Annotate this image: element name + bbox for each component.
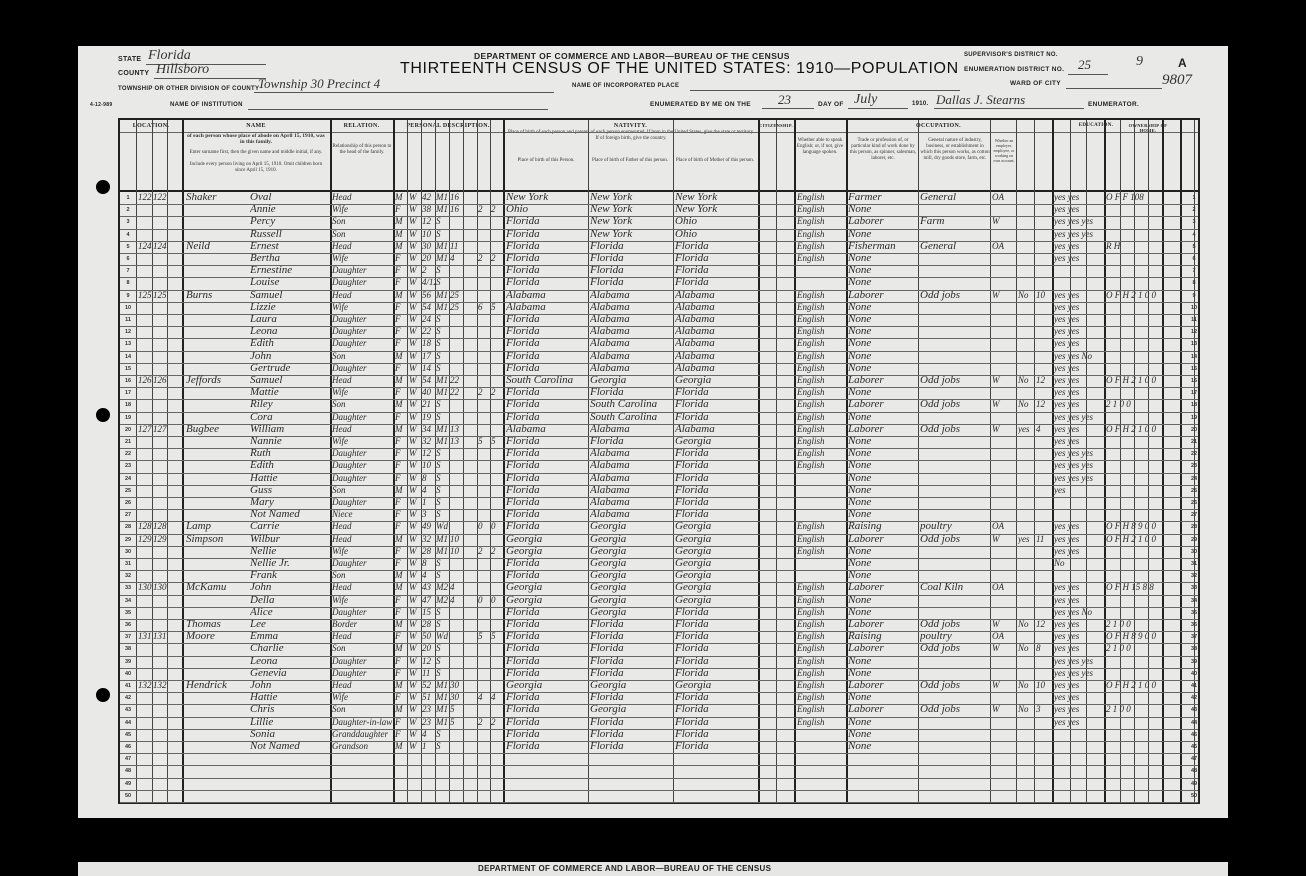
birthplace-mother: Florida bbox=[675, 642, 757, 655]
age: 28 bbox=[422, 618, 436, 631]
birthplace-mother: Florida bbox=[675, 740, 757, 753]
unemployed: No bbox=[1018, 398, 1034, 411]
sex: F bbox=[395, 337, 407, 350]
race: W bbox=[409, 472, 421, 485]
given-name: Emma bbox=[250, 630, 328, 643]
ward-label: Ward of City bbox=[1010, 80, 1061, 87]
children-living: 4 bbox=[491, 691, 503, 704]
given-name: Ernest bbox=[250, 240, 328, 253]
census-table: LOCATION. NAME of each person whose plac… bbox=[118, 118, 1200, 804]
age: 11 bbox=[422, 667, 436, 680]
employer-class: OA bbox=[992, 520, 1016, 533]
birthplace-father: Alabama bbox=[590, 459, 672, 472]
race: W bbox=[409, 374, 421, 387]
birthplace-person: Florida bbox=[506, 411, 588, 424]
trade: None bbox=[848, 459, 918, 472]
sex: M bbox=[395, 581, 407, 594]
relationship: Daughter bbox=[332, 472, 392, 485]
given-name: Nellie Jr. bbox=[250, 557, 328, 570]
row-number: 8 bbox=[122, 280, 134, 286]
row-number-right: 44 bbox=[1188, 720, 1200, 726]
marital-status: S bbox=[436, 618, 450, 631]
language-header: Whether able to speak English; or, if no… bbox=[796, 138, 844, 156]
education: No bbox=[1054, 557, 1104, 570]
enumerator-name: Dallas J. Stearns bbox=[936, 92, 1025, 108]
relationship: Border bbox=[332, 618, 392, 631]
education: yes yes bbox=[1054, 716, 1104, 729]
census-sheet: State Florida County Hillsboro Township … bbox=[78, 46, 1228, 818]
birthplace-mother: Georgia bbox=[675, 569, 757, 582]
years-married: 25 bbox=[450, 289, 463, 302]
education: yes yes bbox=[1054, 533, 1104, 546]
relationship: Head bbox=[332, 374, 392, 387]
children-born: 5 bbox=[478, 435, 490, 448]
children-born: 2 bbox=[478, 545, 490, 558]
marital-status: S bbox=[436, 398, 450, 411]
given-name: Guss bbox=[250, 484, 328, 497]
education: yes yes bbox=[1054, 594, 1104, 607]
binder-hole bbox=[96, 408, 110, 422]
birthplace-mother: Florida bbox=[675, 716, 757, 729]
years-married: 4 bbox=[450, 581, 463, 594]
trade: None bbox=[848, 594, 918, 607]
relationship: Head bbox=[332, 423, 392, 436]
relationship: Daughter bbox=[332, 362, 392, 375]
race: W bbox=[409, 435, 421, 448]
age: 21 bbox=[422, 398, 436, 411]
language: English bbox=[797, 447, 845, 460]
language: English bbox=[797, 301, 845, 314]
birthplace-person: Florida bbox=[506, 496, 588, 509]
sex: M bbox=[395, 191, 407, 204]
next-sheet-department: DEPARTMENT OF COMMERCE AND LABOR—BUREAU … bbox=[478, 864, 771, 873]
unemployed: No bbox=[1018, 289, 1034, 302]
race: W bbox=[409, 228, 421, 241]
birthplace-person: Florida bbox=[506, 313, 588, 326]
occupation-heading: OCCUPATION. bbox=[846, 123, 1031, 129]
trade: Laborer bbox=[848, 581, 918, 594]
enumerated-day: 23 bbox=[778, 92, 791, 108]
age: 12 bbox=[422, 447, 436, 460]
trade: Laborer bbox=[848, 533, 918, 546]
day-of-label: day of bbox=[818, 101, 844, 108]
birthplace-person: Florida bbox=[506, 655, 588, 668]
marital-status: S bbox=[436, 362, 450, 375]
age: 8 bbox=[422, 557, 436, 570]
birthplace-person: Georgia bbox=[506, 545, 588, 558]
row-number: 12 bbox=[122, 329, 134, 335]
employer-class: W bbox=[992, 679, 1016, 692]
race: W bbox=[409, 411, 421, 424]
birthplace-mother: Alabama bbox=[675, 337, 757, 350]
relationship: Wife bbox=[332, 301, 392, 314]
row-number: 9 bbox=[122, 293, 134, 299]
weeks-unemployed: 10 bbox=[1036, 289, 1052, 302]
birthplace-mother: Florida bbox=[675, 496, 757, 509]
age: 12 bbox=[422, 215, 436, 228]
birthplace-mother: Alabama bbox=[675, 325, 757, 338]
race: W bbox=[409, 642, 421, 655]
row-number-right: 37 bbox=[1188, 634, 1200, 640]
birthplace-mother: Alabama bbox=[675, 423, 757, 436]
employer-class: OA bbox=[992, 191, 1016, 204]
marital-status: S bbox=[436, 337, 450, 350]
age: 1 bbox=[422, 496, 436, 509]
industry: Coal Kiln bbox=[920, 581, 990, 594]
birthplace-father: Georgia bbox=[590, 679, 672, 692]
marital-status: S bbox=[436, 667, 450, 680]
relationship: Wife bbox=[332, 203, 392, 216]
row-number-right: 2 bbox=[1188, 207, 1200, 213]
race: W bbox=[409, 191, 421, 204]
given-name: Not Named bbox=[250, 740, 328, 753]
relationship: Daughter bbox=[332, 313, 392, 326]
race: W bbox=[409, 703, 421, 716]
employer-class: OA bbox=[992, 581, 1016, 594]
dwelling-number: 127 bbox=[138, 423, 152, 436]
row-number-right: 36 bbox=[1188, 622, 1200, 628]
given-name: Nellie bbox=[250, 545, 328, 558]
birthplace-father: Florida bbox=[590, 691, 672, 704]
age: 12 bbox=[422, 655, 436, 668]
marital-status: M2 bbox=[436, 581, 450, 594]
marital-status: S bbox=[436, 569, 450, 582]
sex: F bbox=[395, 545, 407, 558]
race: W bbox=[409, 667, 421, 680]
birthplace-father: Florida bbox=[590, 240, 672, 253]
row-number: 18 bbox=[122, 402, 134, 408]
trade: None bbox=[848, 313, 918, 326]
sex: M bbox=[395, 740, 407, 753]
education: yes yes bbox=[1054, 398, 1104, 411]
birthplace-person: Florida bbox=[506, 240, 588, 253]
row-number-right: 9 bbox=[1188, 293, 1200, 299]
race: W bbox=[409, 301, 421, 314]
education: yes yes bbox=[1054, 362, 1104, 375]
trade: None bbox=[848, 496, 918, 509]
industry-header: General nature of industry, business, or… bbox=[920, 138, 990, 162]
race: W bbox=[409, 606, 421, 619]
age: 17 bbox=[422, 350, 436, 363]
relationship: Son bbox=[332, 569, 392, 582]
birthplace-mother: Ohio bbox=[675, 215, 757, 228]
birthplace-person: Florida bbox=[506, 337, 588, 350]
trade: None bbox=[848, 447, 918, 460]
children-living: 0 bbox=[491, 594, 503, 607]
home-ownership: 2 1 0 0 bbox=[1106, 703, 1180, 716]
sex: M bbox=[395, 374, 407, 387]
ed-label: Enumeration District No. bbox=[964, 66, 1064, 73]
relationship: Wife bbox=[332, 545, 392, 558]
birthplace-mother: Alabama bbox=[675, 350, 757, 363]
age: 47 bbox=[422, 594, 436, 607]
row-number: 44 bbox=[122, 720, 134, 726]
language: English bbox=[797, 228, 845, 241]
education: yes yes bbox=[1054, 423, 1104, 436]
employer-class: W bbox=[992, 642, 1016, 655]
birthplace-mother: Alabama bbox=[675, 313, 757, 326]
birthplace-father: New York bbox=[590, 228, 672, 241]
sex: M bbox=[395, 569, 407, 582]
children-living: 5 bbox=[491, 435, 503, 448]
relationship: Son bbox=[332, 215, 392, 228]
row-number-right: 39 bbox=[1188, 659, 1200, 665]
row-number: 41 bbox=[122, 683, 134, 689]
trade: None bbox=[848, 264, 918, 277]
age: 18 bbox=[422, 337, 436, 350]
trade: None bbox=[848, 276, 918, 289]
employer-class: OA bbox=[992, 240, 1016, 253]
age: 15 bbox=[422, 606, 436, 619]
trade: None bbox=[848, 350, 918, 363]
row-number: 33 bbox=[122, 585, 134, 591]
name-note-2: Include every person living on April 15,… bbox=[186, 162, 326, 174]
birthplace-father: Alabama bbox=[590, 337, 672, 350]
row-number-right: 28 bbox=[1188, 524, 1200, 530]
education: yes yes No bbox=[1054, 350, 1104, 363]
trade: None bbox=[848, 252, 918, 265]
age: 52 bbox=[422, 679, 436, 692]
given-name: Leona bbox=[250, 655, 328, 668]
home-ownership: O F H 8 9 0 0 bbox=[1106, 630, 1180, 643]
row-number-right: 45 bbox=[1188, 732, 1200, 738]
given-name: Ernestine bbox=[250, 264, 328, 277]
weeks-unemployed: 4 bbox=[1036, 423, 1052, 436]
age: 42 bbox=[422, 191, 436, 204]
birthplace-father: Florida bbox=[590, 728, 672, 741]
age: 30 bbox=[422, 240, 436, 253]
language: English bbox=[797, 691, 845, 704]
years-married: 22 bbox=[450, 374, 463, 387]
ed-value: 25 bbox=[1078, 57, 1091, 73]
trade: None bbox=[848, 362, 918, 375]
trade: None bbox=[848, 667, 918, 680]
education: yes yes yes bbox=[1054, 215, 1104, 228]
row-number-right: 32 bbox=[1188, 573, 1200, 579]
education: yes yes bbox=[1054, 545, 1104, 558]
name-note-1: Enter surname first, then the given name… bbox=[186, 150, 326, 156]
relationship: Wife bbox=[332, 435, 392, 448]
language: English bbox=[797, 240, 845, 253]
birthplace-mother: Alabama bbox=[675, 301, 757, 314]
industry: Odd jobs bbox=[920, 533, 990, 546]
birthplace-person: Florida bbox=[506, 276, 588, 289]
language: English bbox=[797, 337, 845, 350]
birthplace-mother: Ohio bbox=[675, 228, 757, 241]
dwelling-number: 125 bbox=[138, 289, 152, 302]
family-number: 130 bbox=[153, 581, 167, 594]
relationship: Head bbox=[332, 520, 392, 533]
children-born: 5 bbox=[478, 630, 490, 643]
surname: Jeffords bbox=[186, 374, 256, 387]
race: W bbox=[409, 484, 421, 497]
race: W bbox=[409, 447, 421, 460]
relationship: Son bbox=[332, 350, 392, 363]
dwelling-number: 131 bbox=[138, 630, 152, 643]
language: English bbox=[797, 313, 845, 326]
race: W bbox=[409, 581, 421, 594]
row-number: 30 bbox=[122, 549, 134, 555]
birth-father-header: Place of birth of Father of this person. bbox=[590, 158, 670, 164]
birthplace-person: Georgia bbox=[506, 581, 588, 594]
given-name: Russell bbox=[250, 228, 328, 241]
birthplace-person: Ohio bbox=[506, 203, 588, 216]
sex: F bbox=[395, 252, 407, 265]
children-living: 2 bbox=[491, 716, 503, 729]
language: English bbox=[797, 545, 845, 558]
birthplace-mother: New York bbox=[675, 203, 757, 216]
years-married: 4 bbox=[450, 252, 463, 265]
birthplace-person: Florida bbox=[506, 484, 588, 497]
surname: Simpson bbox=[186, 533, 256, 546]
age: 51 bbox=[422, 691, 436, 704]
row-number: 11 bbox=[122, 317, 134, 323]
years-married: 13 bbox=[450, 423, 463, 436]
home-ownership: 2 1 0 0 bbox=[1106, 398, 1180, 411]
birthplace-father: Georgia bbox=[590, 594, 672, 607]
trade: None bbox=[848, 606, 918, 619]
age: 54 bbox=[422, 374, 436, 387]
home-ownership: O F H 2 1 0 0 bbox=[1106, 374, 1180, 387]
sex: F bbox=[395, 386, 407, 399]
row-number: 14 bbox=[122, 354, 134, 360]
age: 23 bbox=[422, 703, 436, 716]
relationship: Head bbox=[332, 240, 392, 253]
given-name: John bbox=[250, 350, 328, 363]
enumerated-month: July bbox=[854, 92, 877, 108]
row-number-right: 43 bbox=[1188, 707, 1200, 713]
employer-class: W bbox=[992, 618, 1016, 631]
trade: None bbox=[848, 411, 918, 424]
location-heading: LOCATION. bbox=[120, 123, 182, 129]
education: yes yes bbox=[1054, 191, 1104, 204]
years-married: 5 bbox=[450, 716, 463, 729]
relationship: Head bbox=[332, 581, 392, 594]
sex: F bbox=[395, 411, 407, 424]
birthplace-person: Florida bbox=[506, 386, 588, 399]
relationship: Daughter bbox=[332, 264, 392, 277]
language: English bbox=[797, 325, 845, 338]
birthplace-person: Florida bbox=[506, 215, 588, 228]
birthplace-mother: Florida bbox=[675, 606, 757, 619]
years-married: 4 bbox=[450, 594, 463, 607]
education: yes yes bbox=[1054, 691, 1104, 704]
birthplace-mother: New York bbox=[675, 191, 757, 204]
relationship: Daughter-in-law bbox=[332, 716, 392, 729]
birthplace-mother: Georgia bbox=[675, 557, 757, 570]
race: W bbox=[409, 203, 421, 216]
sex: F bbox=[395, 667, 407, 680]
education: yes yes bbox=[1054, 642, 1104, 655]
sex: F bbox=[395, 520, 407, 533]
birthplace-person: Florida bbox=[506, 325, 588, 338]
row-number: 28 bbox=[122, 524, 134, 530]
relationship: Head bbox=[332, 630, 392, 643]
years-married: 5 bbox=[450, 703, 463, 716]
industry: poultry bbox=[920, 630, 990, 643]
birthplace-mother: Florida bbox=[675, 484, 757, 497]
birthplace-father: Georgia bbox=[590, 557, 672, 570]
sex: F bbox=[395, 728, 407, 741]
marital-status: S bbox=[436, 276, 450, 289]
dwelling-number: 124 bbox=[138, 240, 152, 253]
birthplace-father: Alabama bbox=[590, 289, 672, 302]
row-number-right: 34 bbox=[1188, 598, 1200, 604]
marital-status: S bbox=[436, 459, 450, 472]
relationship: Wife bbox=[332, 691, 392, 704]
birthplace-person: New York bbox=[506, 191, 588, 204]
row-number-right: 49 bbox=[1188, 781, 1200, 787]
race: W bbox=[409, 679, 421, 692]
race: W bbox=[409, 716, 421, 729]
children-living: 2 bbox=[491, 203, 503, 216]
race: W bbox=[409, 545, 421, 558]
race: W bbox=[409, 313, 421, 326]
trade: None bbox=[848, 655, 918, 668]
birthplace-father: New York bbox=[590, 203, 672, 216]
relationship: Son bbox=[332, 703, 392, 716]
given-name: Lizzie bbox=[250, 301, 328, 314]
birthplace-person: Florida bbox=[506, 716, 588, 729]
children-born: 2 bbox=[478, 252, 490, 265]
given-name: Bertha bbox=[250, 252, 328, 265]
education: yes yes yes bbox=[1054, 411, 1104, 424]
form-code: 4-12-989 bbox=[90, 102, 112, 108]
dwelling-number: 126 bbox=[138, 374, 152, 387]
trade: None bbox=[848, 569, 918, 582]
family-number: 128 bbox=[153, 520, 167, 533]
language: English bbox=[797, 398, 845, 411]
given-name: Genevia bbox=[250, 667, 328, 680]
given-name: Oval bbox=[250, 191, 328, 204]
birthplace-father: Georgia bbox=[590, 606, 672, 619]
marital-status: M1 bbox=[436, 423, 450, 436]
sex: F bbox=[395, 447, 407, 460]
race: W bbox=[409, 618, 421, 631]
relationship: Daughter bbox=[332, 459, 392, 472]
birthplace-mother: Florida bbox=[675, 240, 757, 253]
row-number-right: 7 bbox=[1188, 268, 1200, 274]
language: English bbox=[797, 411, 845, 424]
row-number: 2 bbox=[122, 207, 134, 213]
binder-hole bbox=[96, 180, 110, 194]
birthplace-person: Florida bbox=[506, 264, 588, 277]
race: W bbox=[409, 215, 421, 228]
birthplace-person: Florida bbox=[506, 703, 588, 716]
education: yes yes bbox=[1054, 289, 1104, 302]
relationship: Head bbox=[332, 533, 392, 546]
row-number: 47 bbox=[122, 756, 134, 762]
row-number-right: 40 bbox=[1188, 671, 1200, 677]
township-value: Township 30 Precinct 4 bbox=[258, 76, 380, 92]
industry: Odd jobs bbox=[920, 289, 990, 302]
given-name: Nannie bbox=[250, 435, 328, 448]
given-name: Mary bbox=[250, 496, 328, 509]
birthplace-person: Florida bbox=[506, 630, 588, 643]
row-divider bbox=[120, 753, 1198, 754]
birthplace-person: Florida bbox=[506, 350, 588, 363]
race: W bbox=[409, 533, 421, 546]
surname: McKamu bbox=[186, 581, 256, 594]
language: English bbox=[797, 459, 845, 472]
trade: None bbox=[848, 691, 918, 704]
home-ownership: R H bbox=[1106, 240, 1180, 253]
birthplace-father: Georgia bbox=[590, 374, 672, 387]
marital-status: S bbox=[436, 313, 450, 326]
relationship: Daughter bbox=[332, 496, 392, 509]
marital-status: M1 bbox=[436, 716, 450, 729]
language: English bbox=[797, 191, 845, 204]
